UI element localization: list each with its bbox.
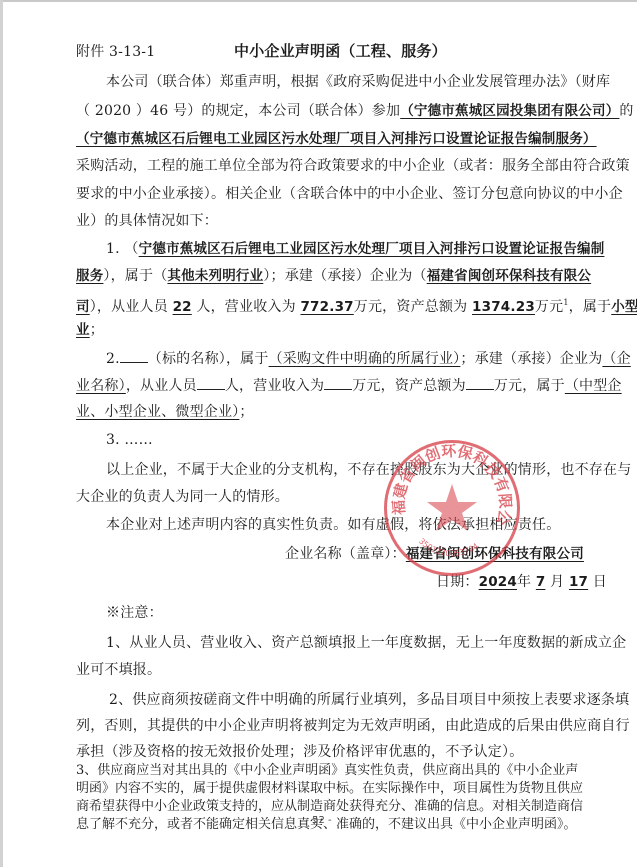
item-text: ； [90,322,104,338]
item-text: ），属于（ [103,268,167,284]
item-text: 人，营业收入为 [225,378,324,394]
svg-text:福建省闽创环保科技有限公司: 福建省闽创环保科技有限公司 [384,440,514,528]
attachment-number: 附件 3-13-1 [76,44,155,60]
intro-line-6: 业）的具体情况如下： [76,212,218,230]
note-2-line-3: 承担（涉及资格的按无效报价处理；涉及价格评审优惠的，不予认定）。 [76,743,523,761]
item2-industry-hint: （采购文件中明确的所属行业） [269,351,461,367]
page-edge-left [0,0,3,867]
note-2-line-1: 2、供应商须按磋商文件中明确的所属行业填列，多品目项目中须按上表要求逐条填 [109,691,629,709]
item-text: 万元，资产总额为 [354,299,468,315]
item-text: 万元，资产总额为 [352,378,466,394]
item1-line-2: 服务），属于（其他未列明行业）；承建（承接）企业为（福建省闽创环保科技有限公 [76,267,591,285]
signature-date-row: 日期：2024年 7 月 17 日 [436,573,607,591]
item-number: 1. [106,241,120,257]
date-unit: 日 [593,574,607,590]
item2-company-hint: （企 [602,351,630,367]
note-1-line-1: 1、从业人员、营业收入、资产总额填报上一年度数据，无上一年度数据的新成立企 [106,634,626,652]
date-unit: 月 [550,574,564,590]
item1-subject: 宁德市蕉城区石后锂电工业园区污水处理厂项目入河排污口设置论证报告编制 [139,241,605,257]
intro-text: 的 [619,103,633,119]
date-label: 日期： [436,574,479,590]
item-text: ），从业人员 [90,299,168,315]
blank-field [324,376,352,390]
blank-field [197,376,225,390]
item1-subject-cont: 服务 [76,268,103,284]
item2-line-2: 业名称），从业人员人，营业收入为万元，资产总额为万元，属于（中型企 [76,376,622,395]
item-number: 2. [106,351,120,367]
item-text: 万元，属于 [494,378,565,394]
item-text: （标的名称），属于 [148,351,269,367]
item1-assets: 1374.23 [472,299,535,315]
item1-enterprise-type: 小型企 [611,299,637,315]
signed-company-name: 福建省闽创环保科技有限公司 [406,546,584,562]
item2-type-hint: （中型企 [565,378,622,394]
date-unit: 年 [517,574,531,590]
intro-line-5: 要求的中小企业承接）。相关企业（含联合体中的中小企业、签订分包意向协议的中小企 [76,185,623,203]
statement-line-2: 大企业的负责人为同一人的情形。 [76,488,289,506]
item2-line-3: 业、小型企业、微型企业）； [76,403,254,421]
item1-line-3: 司），从业人员 22 人，营业收入为 772.37万元，资产总额为 1374.2… [76,294,637,316]
signature-company-row: 企业名称（盖章）：福建省闽创环保科技有限公司 [285,545,584,563]
item1-company-cont: 司 [76,299,90,315]
date-year: 2024 [479,574,517,590]
intro-line-4: 采购活动，工程的施工单位全部为符合政策要求的中小企业（或者：服务全部由符合政策 [76,157,630,175]
item-text: ）；承建（承接）企业为（ [263,268,426,284]
header-row: 附件 3-13-1 [76,43,155,61]
item-text: 万元 [535,299,563,315]
item-text: ，从业人员 [126,378,197,394]
item1-revenue: 772.37 [300,299,353,315]
item3-line: 3. …… [106,431,153,449]
item-text: ；承建（承接）企业为 [460,351,602,367]
item1-line-1: 1. （宁德市蕉城区石后锂电工业园区污水处理厂项目入河排污口设置论证报告编制 [106,240,604,258]
page-number: - 52 - [0,815,637,826]
intro-line-1: 本公司（联合体）郑重声明，根据《政府采购促进中小企业发展管理办法》（财库 [106,73,610,91]
intro-line-2: （ 2020 ）46 号）的规定，本公司（联合体）参加（宁德市蕉城区园投集团有限… [76,102,634,120]
paren: （ [124,241,138,257]
note-1-line-2: 业可不填报。 [76,661,161,679]
project-name: （宁德市蕉城区石后锂电工业园区污水处理厂项目入河排污口设置论证报告编制服务） [76,130,597,148]
date-day: 17 [569,574,588,590]
page-edge-top [0,0,637,2]
statement-line-3: 本企业对上述声明内容的真实性负责。如有虚假，将依法承担相应责任。 [106,516,560,534]
item1-employees: 22 [173,299,192,315]
date-month: 7 [536,574,546,590]
item1-enterprise-type-cont: 业 [76,322,90,338]
statement-line-1: 以上企业，不属于大企业的分支机构，不存在控股股东为大企业的情形，也不存在与 [106,461,631,479]
blank-field [120,349,148,363]
intro-text: （ 2020 ）46 号）的规定，本公司（联合体）参加 [76,103,400,119]
note-3-line-2: 明函》内容不实的，属于提供虚假材料谋取中标。在实际操作中，项目属性为货物且供应 [76,780,583,798]
item1-company: 福建省闽创环保科技有限公 [427,268,591,284]
item2-company-hint-cont: 业名称） [76,378,126,394]
note-2-line-2: 列，否则，其提供的中小企业声明将被判定为无效声明函，由此造成的后果由供应商自行 [76,717,630,735]
item1-industry: 其他未列明行业 [167,268,263,284]
item-text: ，属于 [569,299,612,315]
item2-line-1: 2.（标的名称），属于（采购文件中明确的所属行业）；承建（承接）企业为（企 [106,349,631,368]
blank-field [466,376,494,390]
item2-type-hint-cont: 业、小型企业、微型企业） [76,404,239,420]
document-title: 中小企业声明函（工程、服务） [234,42,447,60]
item-text: 人，营业收入为 [196,299,295,315]
notes-heading: ※注意： [106,604,163,622]
item-text: ； [239,404,253,420]
purchaser-name: （宁德市蕉城区园投集团有限公司） [400,103,619,119]
note-3-line-3: 商希望获得中小企业政策支持的，应从制造商处获得充分、准确的信息。对相关制造商信 [76,798,583,816]
note-3-line-1: 3、供应商应当对其出具的《中小企业声明函》真实性负责，供应商出具的《中小企业声 [76,762,578,780]
company-label: 企业名称（盖章）： [285,546,406,562]
item1-line-4: 业； [76,321,104,339]
